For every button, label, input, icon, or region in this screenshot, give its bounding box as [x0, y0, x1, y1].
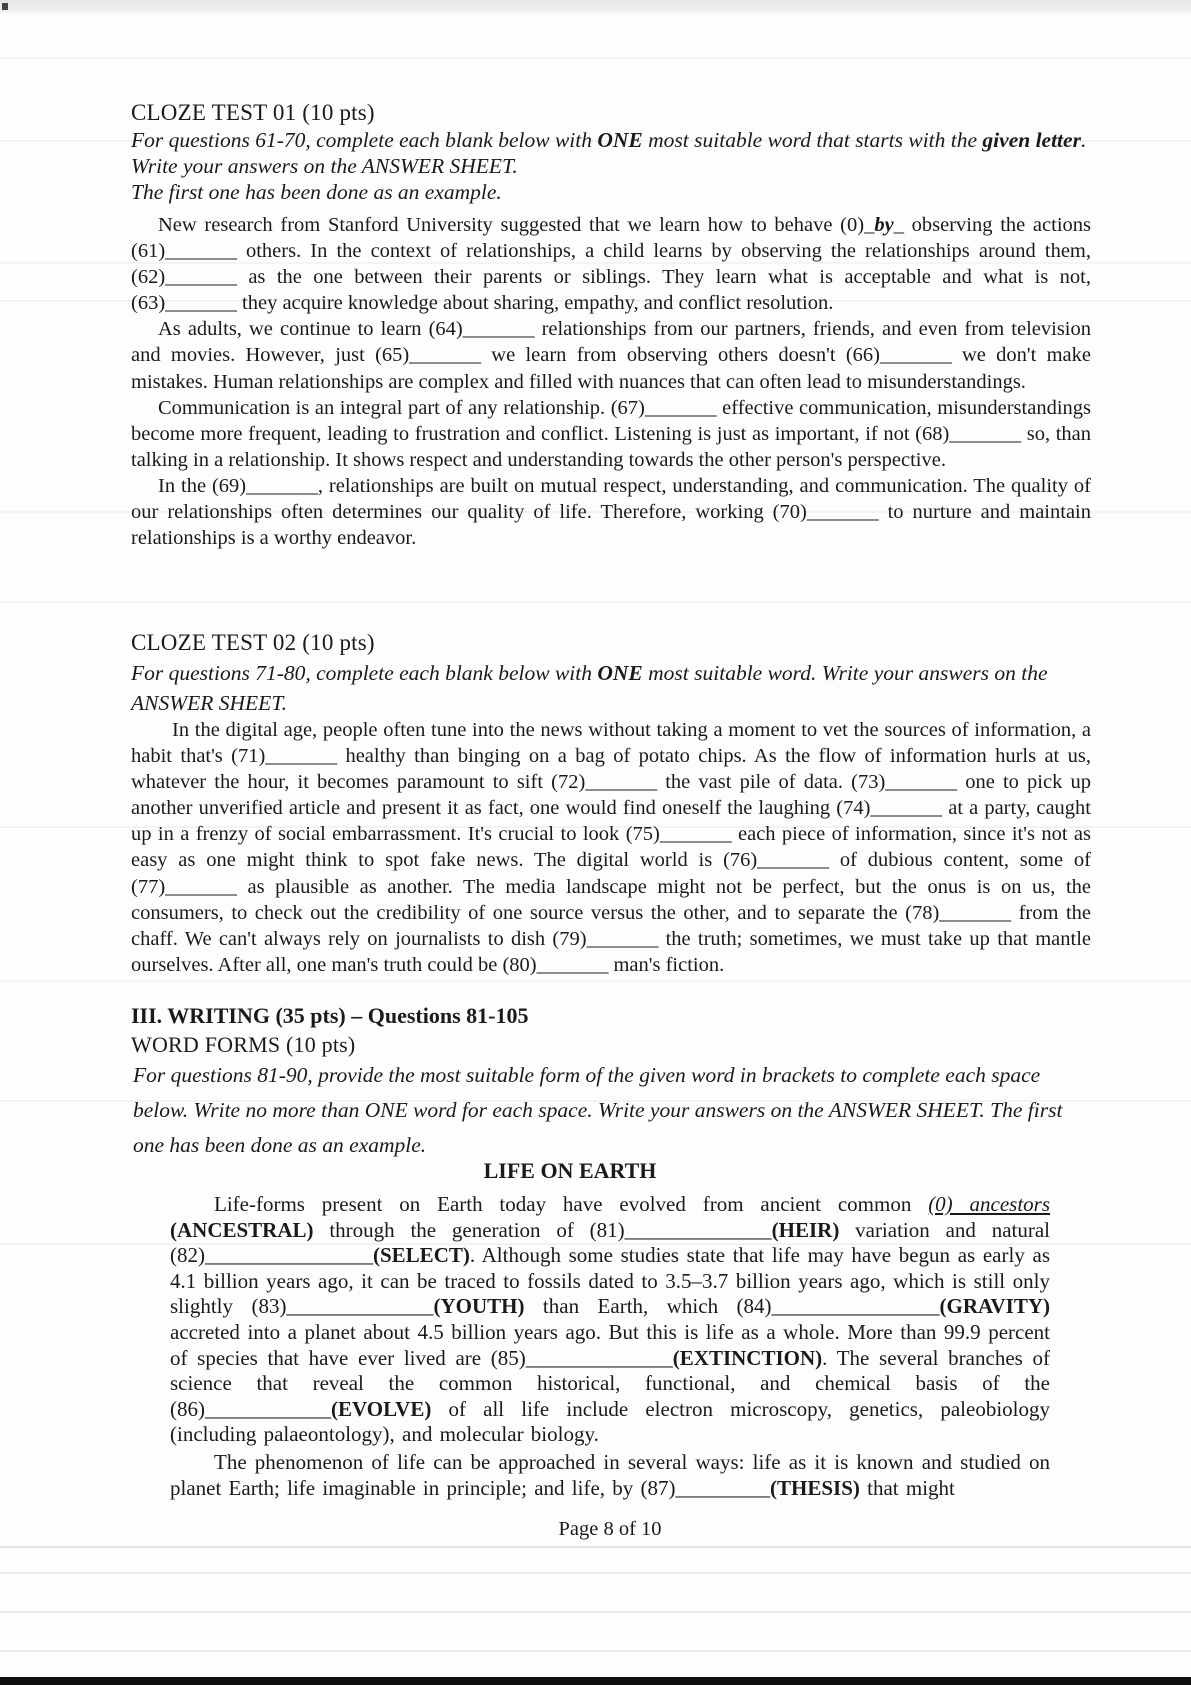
text-segment: (HEIR) — [772, 1218, 840, 1242]
cloze-test-01-instructions: For questions 61-70, complete each blank… — [131, 128, 1093, 179]
text-segment: most suitable word that starts with the — [643, 128, 983, 152]
text-segment: (YOUTH) — [433, 1294, 524, 1318]
text-segment: given letter — [982, 128, 1081, 152]
text-segment: (EXTINCTION) — [673, 1346, 822, 1370]
text-segment: New research from Stanford University su… — [158, 214, 874, 236]
scan-artifact-top-band — [0, 0, 1191, 13]
paragraph: In the digital age, people often tune in… — [131, 717, 1091, 978]
cloze-test-01-heading: CLOZE TEST 01 (10 pts) — [131, 100, 375, 126]
text-segment: (ANCESTRAL) — [170, 1218, 314, 1242]
scanned-test-page: CLOZE TEST 01 (10 pts) For questions 61-… — [0, 0, 1191, 1685]
text-segment: that might — [860, 1476, 955, 1500]
writing-section-heading: III. WRITING (35 pts) – Questions 81-105 — [131, 1003, 528, 1029]
text-segment: through the generation of (81)__________… — [314, 1218, 772, 1242]
scan-artifact-line — [0, 1546, 1191, 1548]
scan-artifact-corner-mark — [2, 3, 8, 10]
text-segment: (THESIS) — [770, 1476, 860, 1500]
cloze-test-02-passage: In the digital age, people often tune in… — [131, 717, 1091, 978]
scan-artifact-line — [0, 1611, 1191, 1613]
text-segment: As adults, we continue to learn (64)____… — [131, 318, 1091, 392]
scan-artifact-line — [0, 1650, 1191, 1652]
text-segment: Life-forms present on Earth today have e… — [214, 1192, 928, 1216]
text-segment: (EVOLVE) — [331, 1397, 431, 1421]
paragraph: As adults, we continue to learn (64)____… — [131, 316, 1091, 394]
page-number-footer: Page 8 of 10 — [170, 1518, 1050, 1541]
scan-artifact-bottom-bar — [0, 1677, 1191, 1685]
text-segment: than Earth, which (84)________________ — [524, 1294, 939, 1318]
text-segment: ONE — [597, 128, 642, 152]
life-on-earth-title: LIFE ON EARTH — [170, 1158, 970, 1184]
text-segment: For questions 61-70, complete each blank… — [131, 128, 597, 152]
text-segment: ONE — [597, 661, 642, 685]
word-forms-heading: WORD FORMS (10 pts) — [131, 1032, 355, 1058]
life-on-earth-passage: Life-forms present on Earth today have e… — [170, 1192, 1050, 1448]
text-segment: In the digital age, people often tune in… — [131, 719, 1091, 976]
scan-artifact-line — [0, 980, 1191, 982]
text-segment: For questions 71-80, complete each blank… — [131, 661, 597, 685]
scan-artifact-line — [0, 57, 1191, 59]
scan-artifact-line — [0, 1572, 1191, 1574]
word-forms-instructions: For questions 81-90, provide the most su… — [133, 1058, 1063, 1163]
cloze-test-02-instructions: For questions 71-80, complete each blank… — [131, 659, 1093, 718]
cloze-test-02-heading: CLOZE TEST 02 (10 pts) — [131, 630, 375, 656]
paragraph: For questions 71-80, complete each blank… — [131, 659, 1093, 718]
phenomenon-paragraph: The phenomenon of life can be approached… — [170, 1450, 1050, 1501]
paragraph: For questions 61-70, complete each blank… — [131, 128, 1093, 179]
text-segment: (GRAVITY) — [940, 1294, 1050, 1318]
paragraph: The phenomenon of life can be approached… — [170, 1450, 1050, 1501]
paragraph: In the (69)_______, relationships are bu… — [131, 473, 1091, 551]
scan-artifact-line — [0, 601, 1191, 603]
cloze-test-01-passage: New research from Stanford University su… — [131, 212, 1091, 551]
paragraph: Communication is an integral part of any… — [131, 395, 1091, 473]
paragraph: New research from Stanford University su… — [131, 212, 1091, 316]
cloze-test-01-example-note: The first one has been done as an exampl… — [131, 180, 502, 205]
paragraph: Life-forms present on Earth today have e… — [170, 1192, 1050, 1448]
text-segment: (SELECT) — [373, 1243, 470, 1267]
text-segment: In the (69)_______, relationships are bu… — [131, 475, 1091, 549]
text-segment: Communication is an integral part of any… — [131, 397, 1091, 471]
text-segment: by — [874, 214, 893, 236]
text-segment: (0) ancestors — [928, 1192, 1050, 1216]
